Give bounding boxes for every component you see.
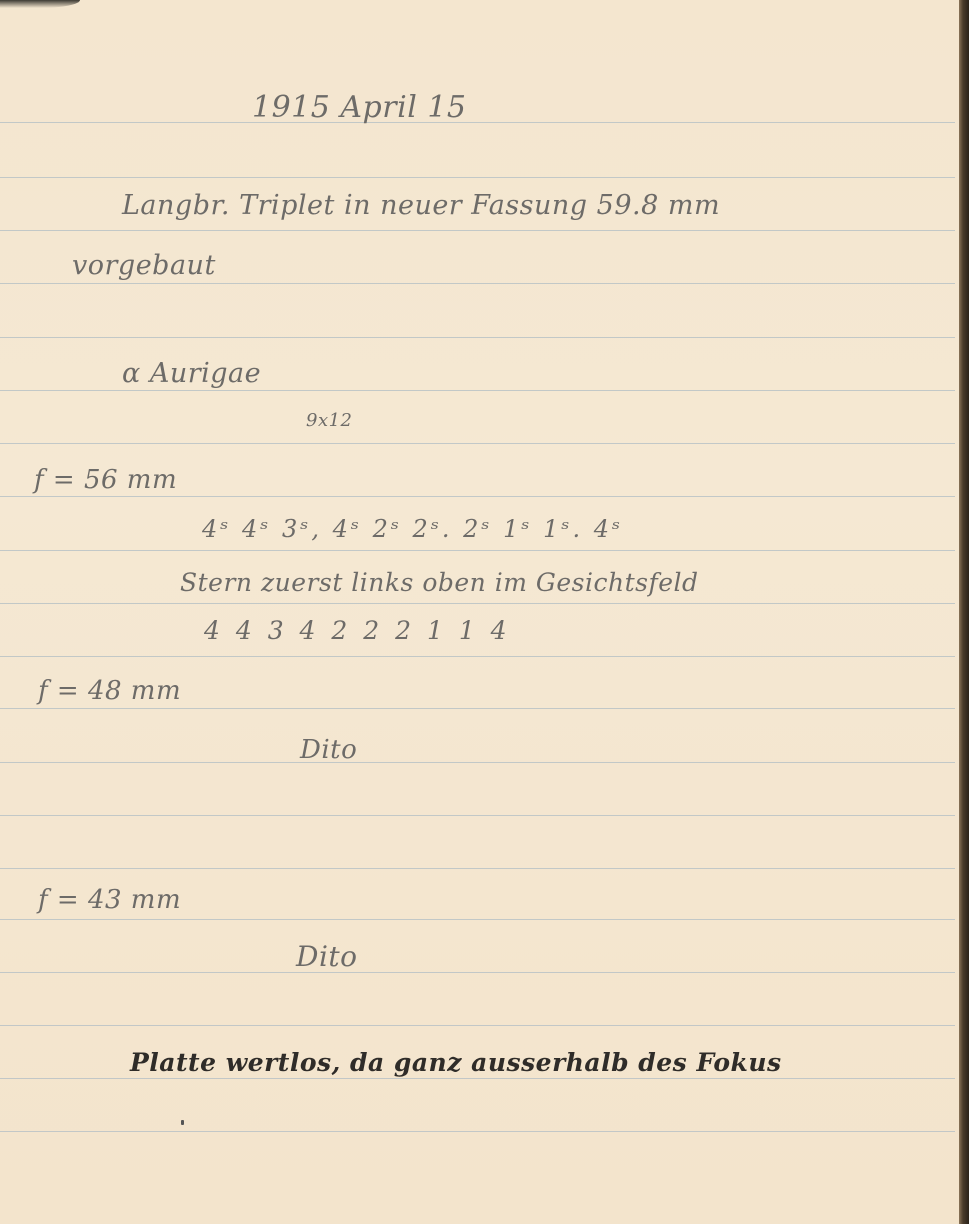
focus-trial-43mm: f = 43 mm [38, 885, 181, 915]
page-edge-shadow [0, 0, 80, 8]
exposure-times: 4ˢ 4ˢ 3ˢ, 4ˢ 2ˢ 2ˢ. 2ˢ 1ˢ 1ˢ. 4ˢ [202, 515, 623, 543]
ruled-line [0, 708, 955, 709]
ruled-line [0, 815, 955, 816]
ruled-line [0, 122, 955, 123]
ruled-line [0, 762, 955, 763]
focus-trial-48mm-result: Dito [300, 735, 357, 765]
ruled-line [0, 919, 955, 920]
ruled-line [0, 1131, 955, 1132]
focus-trial-43mm-result: Dito [296, 940, 358, 973]
ruled-line [0, 1025, 955, 1026]
focus-trial-56mm: f = 56 mm [34, 465, 177, 495]
star-position-note: Stern zuerst links oben im Gesichtsfeld [180, 568, 699, 597]
ruled-line [0, 550, 955, 551]
ruled-line [0, 603, 955, 604]
target-star: α Aurigae [122, 358, 261, 389]
conclusion-note: Platte wertlos, da ganz ausserhalb des F… [130, 1048, 782, 1077]
ruled-line [0, 337, 955, 338]
ruled-line [0, 283, 955, 284]
notebook-page: 1915 April 15 Langbr. Triplet in neuer F… [0, 0, 961, 1224]
ruled-line [0, 443, 955, 444]
plate-size: 9x12 [306, 410, 353, 431]
ruled-line [0, 1078, 955, 1079]
description-line-1: Langbr. Triplet in neuer Fassung 59.8 mm [122, 190, 720, 221]
ruled-line [0, 390, 955, 391]
description-line-2: vorgebaut [72, 250, 216, 281]
exposure-sequence: 4 4 3 4 2 2 2 1 1 4 [204, 616, 511, 645]
focus-trial-48mm: f = 48 mm [38, 676, 181, 706]
notebook-binding-edge [959, 0, 969, 1224]
ruled-line [0, 230, 955, 231]
ruled-line [0, 496, 955, 497]
ruled-line [0, 656, 955, 657]
ruled-line [0, 868, 955, 869]
ruled-line [0, 972, 955, 973]
ruled-line [0, 177, 955, 178]
ink-dot [181, 1120, 184, 1125]
entry-date: 1915 April 15 [252, 90, 467, 125]
